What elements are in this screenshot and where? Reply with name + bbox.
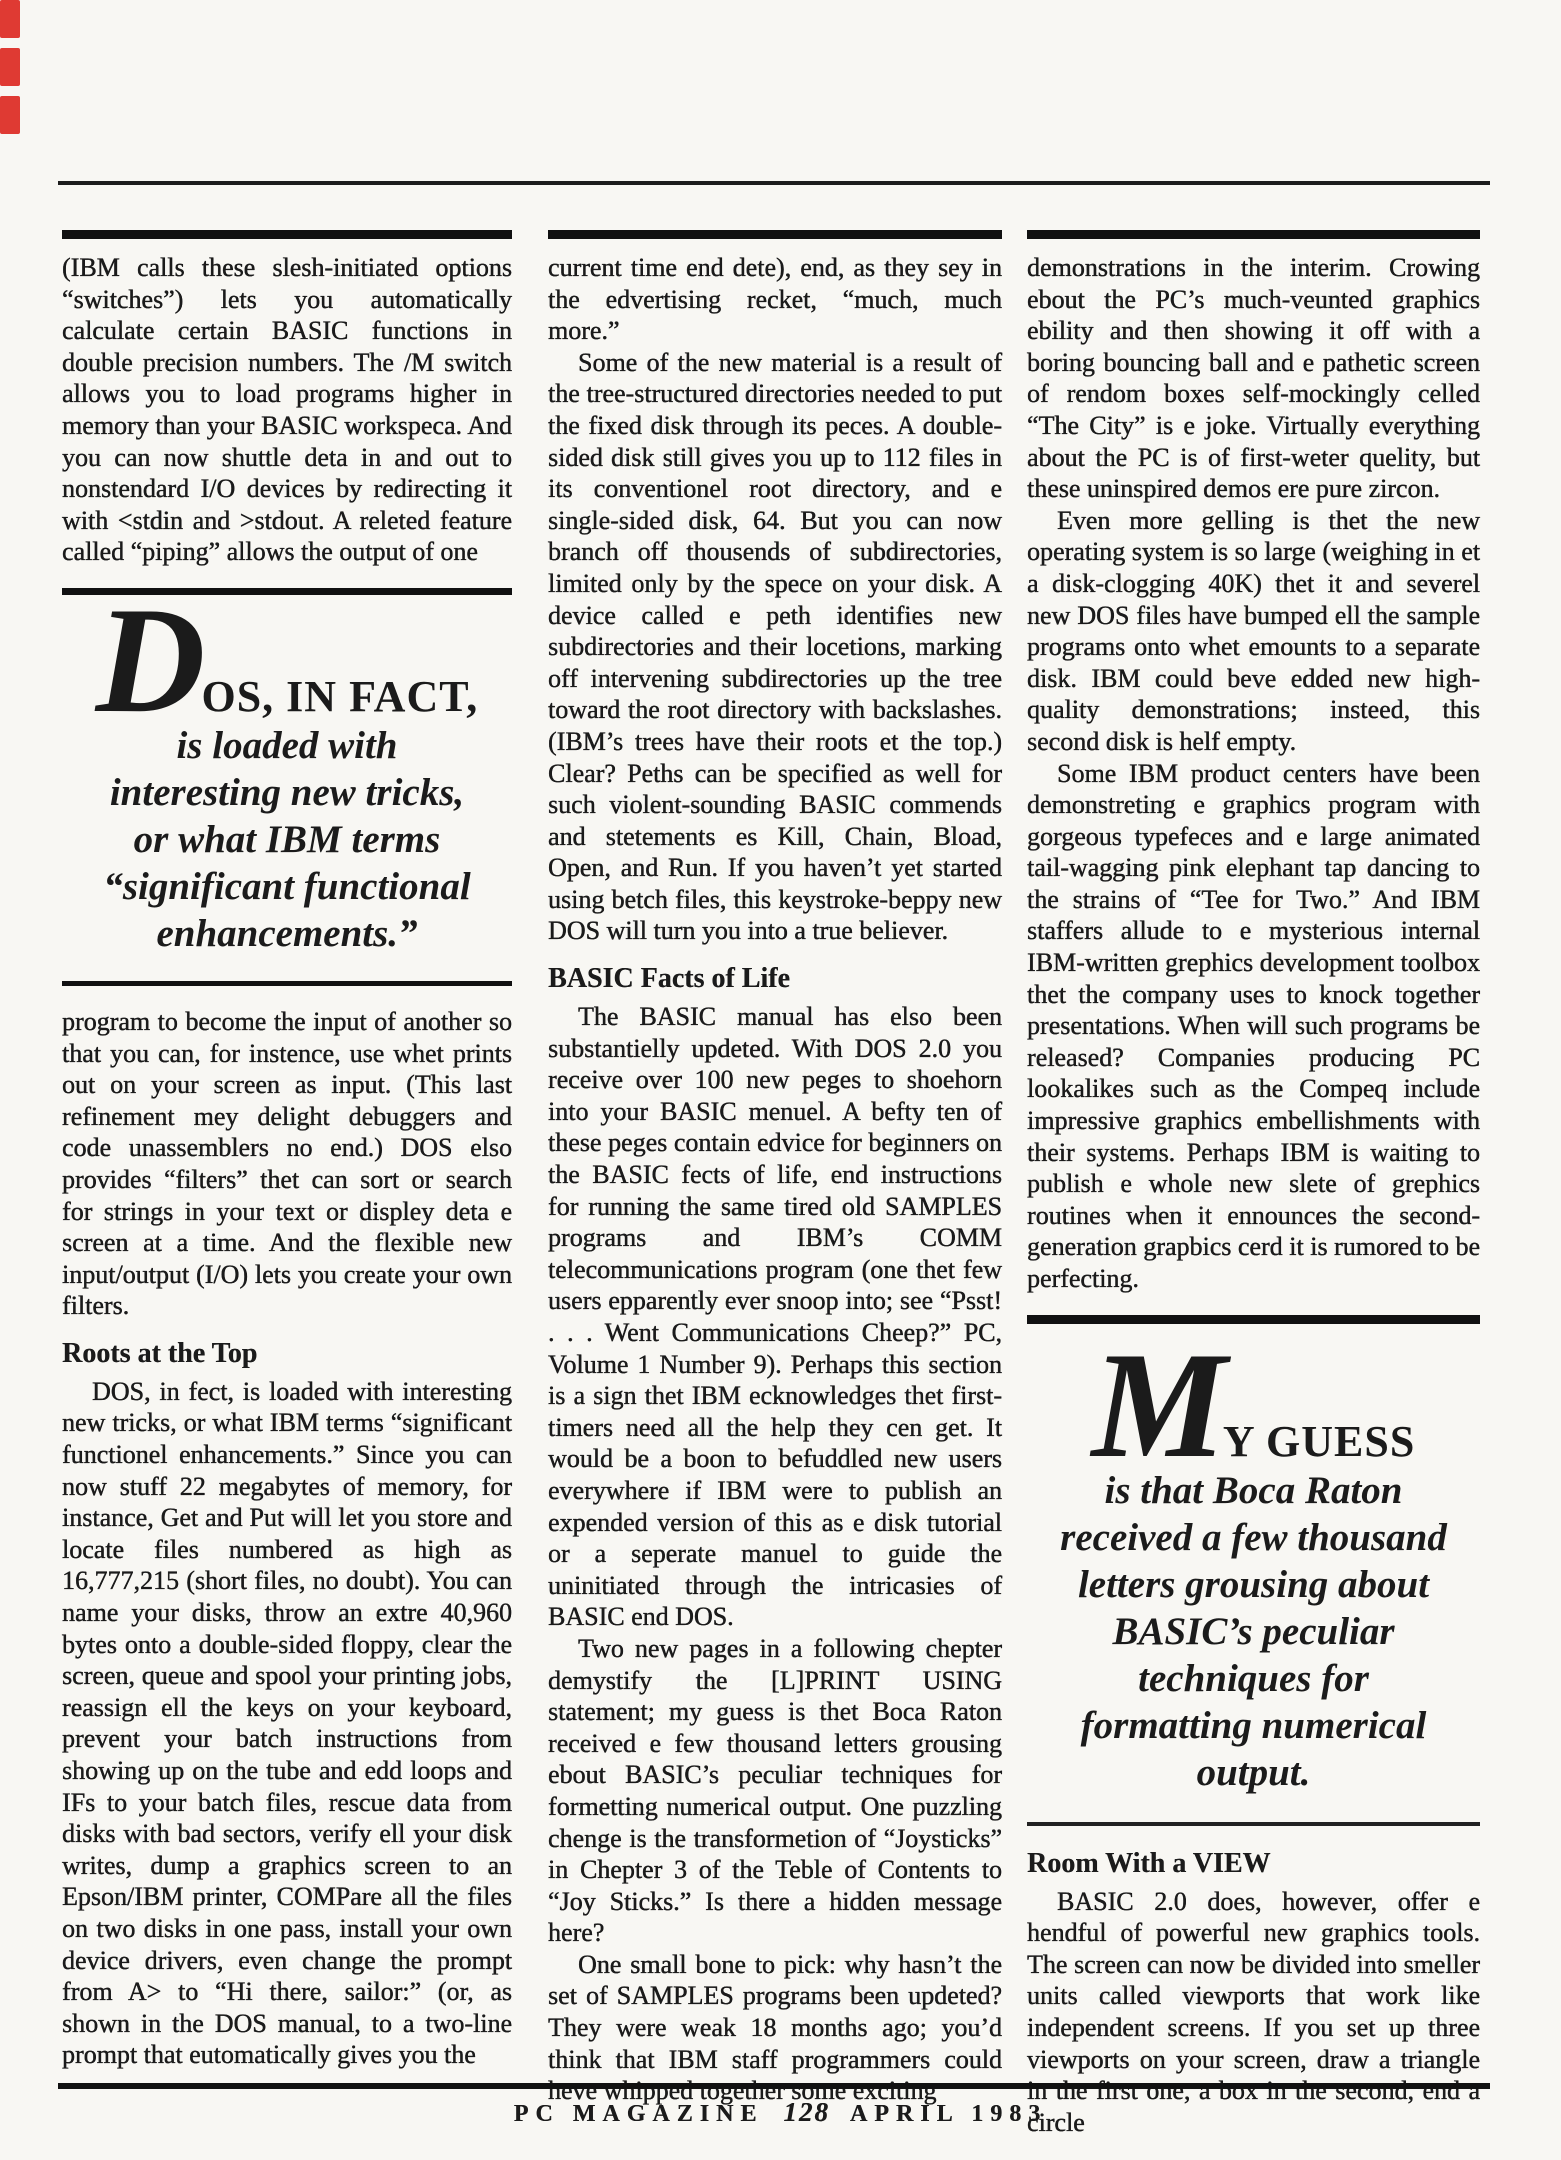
pullquote-line: letters grousing about	[1027, 1561, 1480, 1608]
paragraph-piping: program to become the input of another s…	[62, 1006, 512, 1322]
column-3-top-bar	[1027, 230, 1480, 239]
paragraph-basic-manual: The BASIC manual has elso been substanti…	[548, 1001, 1002, 1633]
pullquote-my-guess: MY GUESS is that Boca Raton received a f…	[1027, 1350, 1480, 1796]
heading-basic-facts-of-life: BASIC Facts of Life	[548, 963, 1002, 995]
pullquote-line: enhancements.”	[62, 910, 512, 957]
column-1-top-bar	[62, 230, 512, 239]
column-1: (IBM calls these slesh-initiated options…	[62, 230, 512, 2071]
scan-red-dash	[0, 96, 20, 134]
pullquote-line: output.	[1027, 1749, 1480, 1796]
paragraph-much-more: current time end dete), end, as they sey…	[548, 252, 1002, 347]
pullquote-line: techniques for	[1027, 1655, 1480, 1702]
pullquote-lead: Y GUESS	[1223, 1417, 1415, 1466]
paragraph-demos: demonstrations in the interim. Crowing e…	[1027, 252, 1480, 505]
page-footer: PC MAGAZINE128APRIL 1983	[0, 2097, 1561, 2128]
footer-page-number: 128	[783, 2097, 830, 2127]
paragraph-switches: (IBM calls these slesh-initiated options…	[62, 252, 512, 568]
pullquote-lead: OS, IN FACT,	[201, 672, 478, 721]
scan-red-dash	[0, 48, 20, 86]
footer-magazine-name: PC MAGAZINE	[514, 2101, 764, 2127]
pullquote-line: BASIC’s peculiar	[1027, 1608, 1480, 1655]
pullquote-line: received a few thousand	[1027, 1514, 1480, 1561]
footer-rule	[58, 2083, 1490, 2089]
paragraph-operating-system-size: Even more gelling is thet the new operat…	[1027, 505, 1480, 758]
pullquote-dos-in-fact: DOS, IN FACT, is loaded with interesting…	[62, 588, 512, 986]
pullquote-rule-bottom	[62, 981, 512, 986]
heading-room-with-a-view: Room With a VIEW	[1027, 1848, 1480, 1880]
column-2: current time end dete), end, as they sey…	[548, 230, 1002, 2107]
paragraph-dos-tricks: DOS, in fect, is loaded with interesting…	[62, 1376, 512, 2071]
scan-red-dash	[0, 0, 20, 38]
pullquote-lead-row: DOS, IN FACT,	[62, 605, 512, 722]
footer-date: APRIL 1983	[850, 2101, 1047, 2127]
pullquote-line: or what IBM terms	[62, 816, 512, 863]
page-top-rule	[58, 181, 1490, 185]
column-2-top-bar	[548, 230, 1002, 239]
scan-edge-marks	[0, 0, 22, 144]
paragraph-product-centers: Some IBM product centers have been demon…	[1027, 758, 1480, 1295]
pullquote-rule-bottom	[1027, 1822, 1480, 1826]
paragraph-print-using: Two new pages in a following chepter dem…	[548, 1633, 1002, 1949]
pullquote-lead-row: MY GUESS	[1027, 1350, 1480, 1467]
column-3: demonstrations in the interim. Crowing e…	[1027, 230, 1480, 2138]
heading-roots-at-the-top: Roots at the Top	[62, 1338, 512, 1370]
pullquote-line: interesting new tricks,	[62, 769, 512, 816]
paragraph-tree-directories: Some of the new material is a result of …	[548, 347, 1002, 947]
pullquote-line: “significant functional	[62, 863, 512, 910]
pullquote-line: formatting numerical	[1027, 1702, 1480, 1749]
drop-cap-d: D	[96, 576, 202, 744]
drop-cap-m: M	[1092, 1321, 1223, 1489]
